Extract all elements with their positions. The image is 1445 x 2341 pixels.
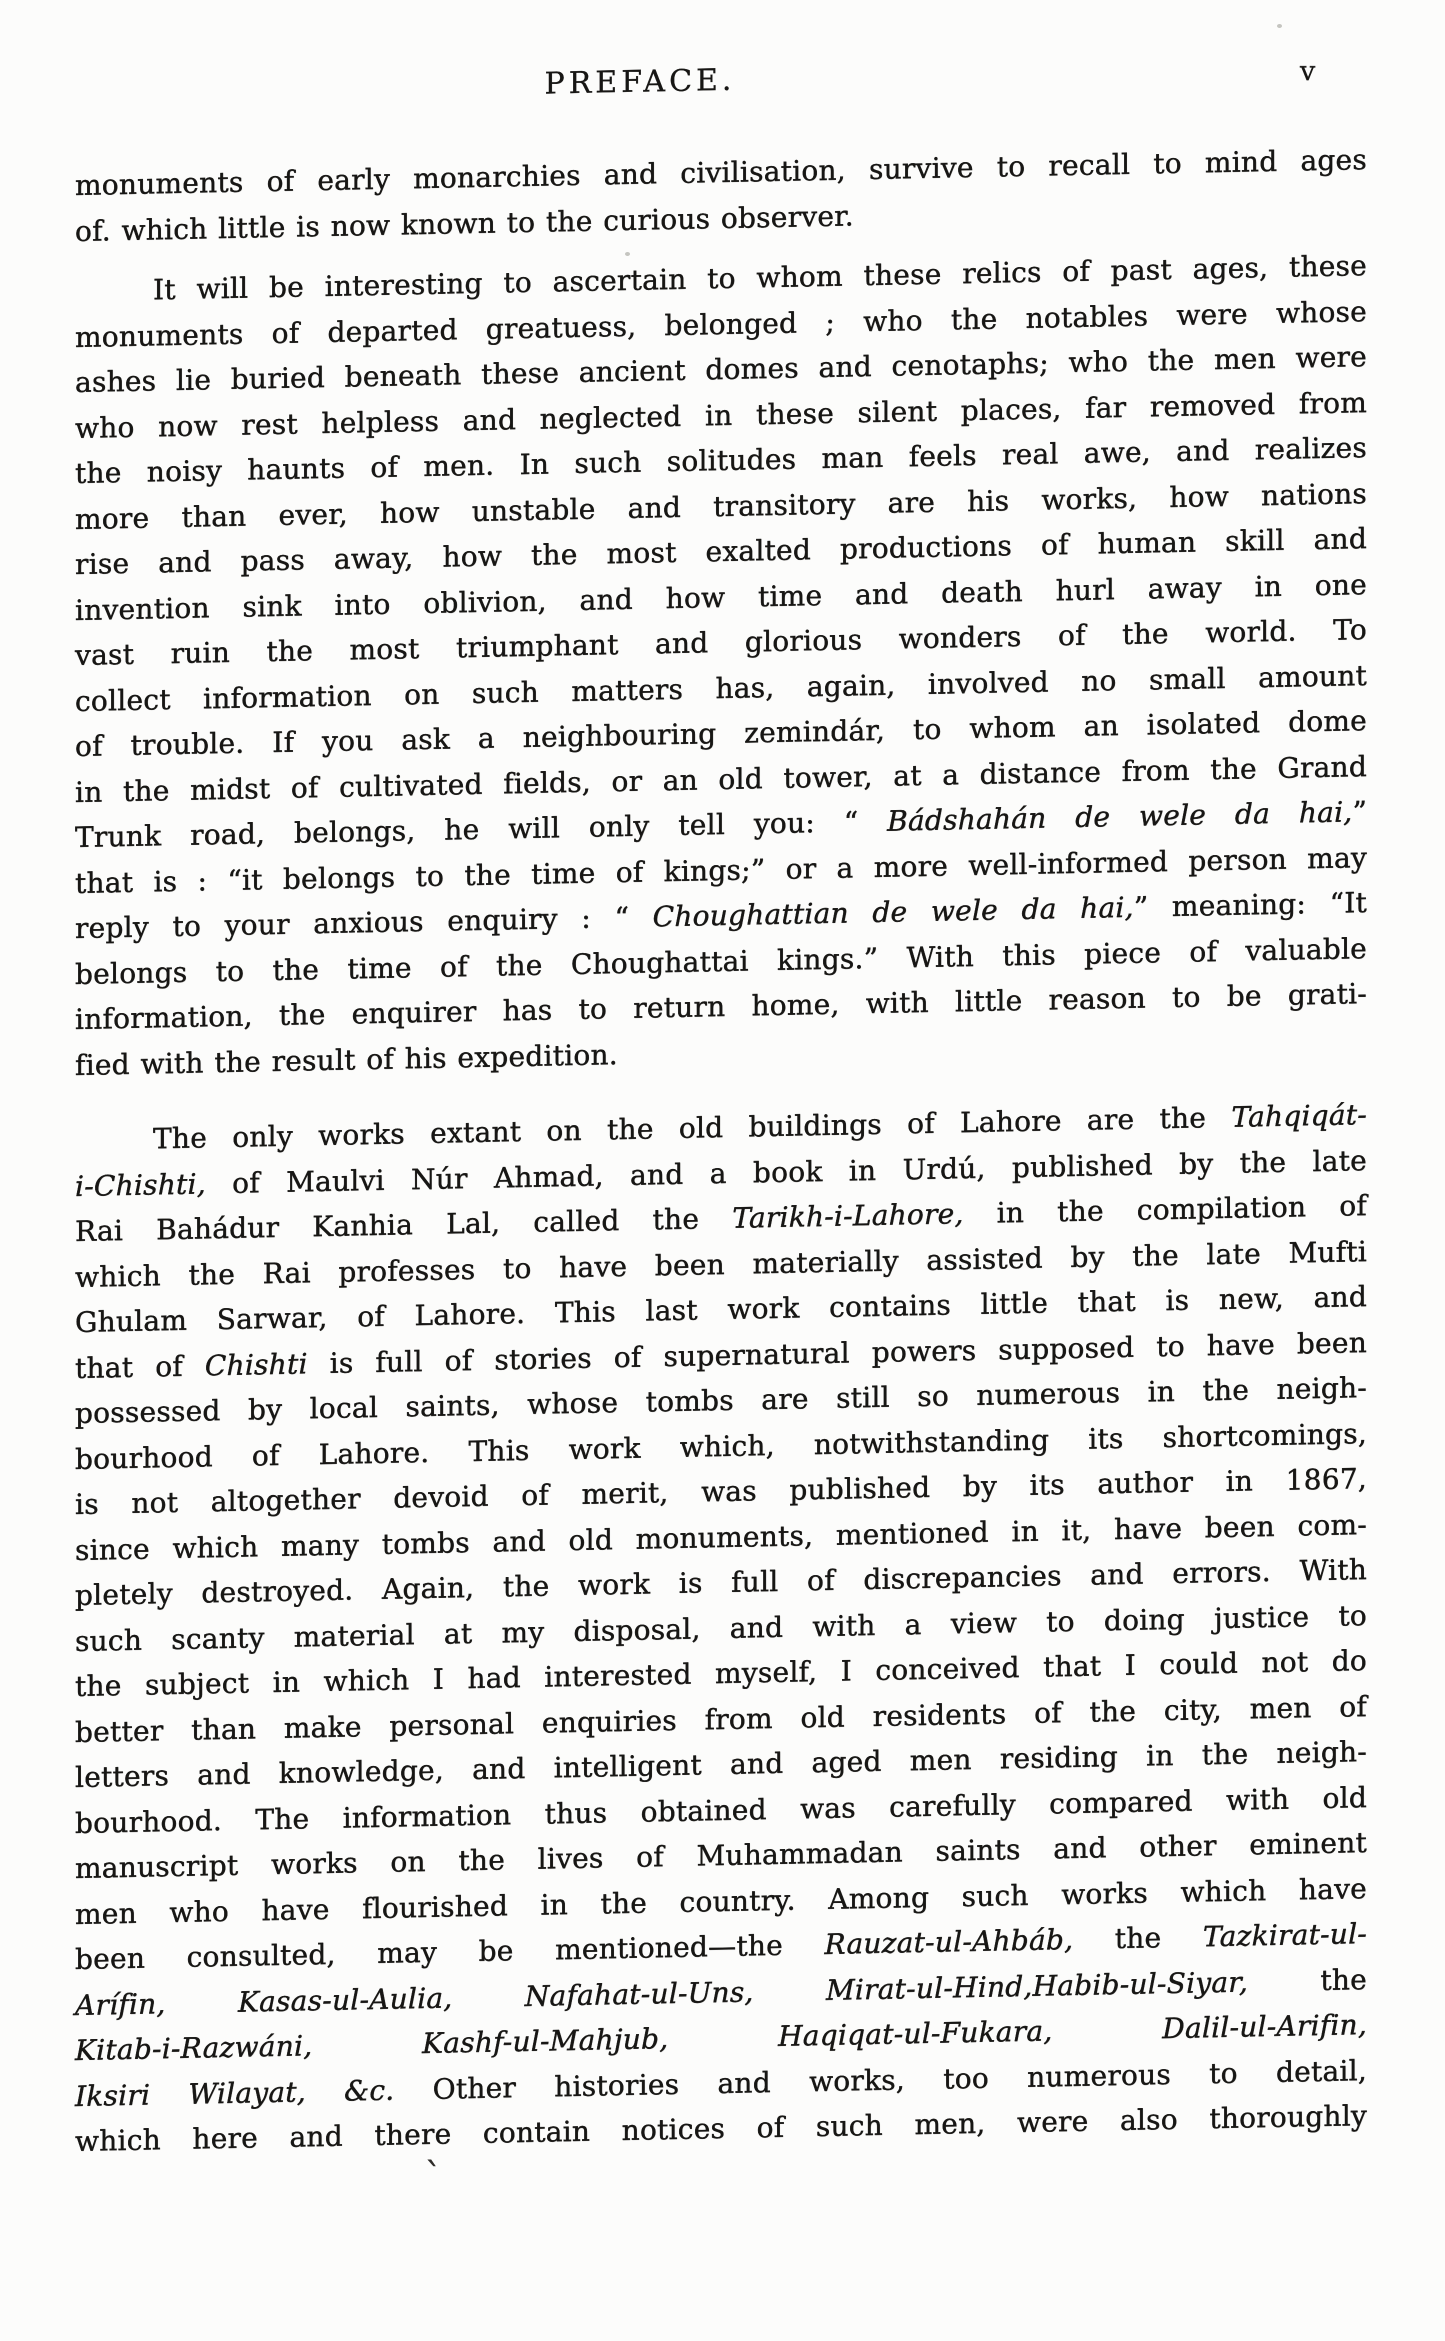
italic-text: Tarikh-i-Lahore, [732, 1197, 963, 1235]
italic-text: i-Chishti, [75, 1167, 206, 1203]
roman-text: ” [1352, 795, 1367, 828]
roman-text: reply to your anxious enquiry : “ [75, 900, 653, 945]
roman-text: been consulted, may be mentioned—the [75, 1928, 824, 1976]
italic-text: Chishti [205, 1347, 308, 1382]
page-body: monuments of early monarchies and civili… [75, 0, 1367, 2164]
scan-artifact [625, 252, 630, 256]
roman-text: the [1248, 1963, 1367, 1998]
italic-text: Iksiri Wilayat, &c. [75, 2073, 394, 2112]
italic-text: Bádshahán de wele da hai, [887, 795, 1352, 837]
scanned-text-block: PREFACE. monuments of early monarchies a… [75, 0, 1367, 2164]
roman-text: that of [75, 1349, 205, 1385]
page: v PREFACE. monuments of early monarchies… [0, 0, 1445, 2341]
roman-text: in the compilation of [964, 1189, 1367, 1230]
italic-text: Choughattian de wele da hai, [653, 891, 1134, 934]
paragraph: It will be interesting to ascertain to w… [75, 243, 1367, 1088]
italic-text: Tahqiqát- [1231, 1098, 1367, 1134]
paragraph: The only works extant on the old buildin… [75, 1092, 1367, 2164]
roman-text: of. which little is now known to the cur… [75, 199, 854, 248]
scan-artifact: ` [425, 2166, 442, 2186]
italic-text: Rauzat-ul-Ahbáb, [824, 1923, 1073, 1961]
roman-text: fied with the result of his expedition. [75, 1038, 618, 1082]
paragraph: monuments of early monarchies and civili… [75, 137, 1367, 254]
roman-text: Rai Bahádur Kanhia Lal, called the [75, 1202, 732, 1248]
roman-text: the [1073, 1920, 1203, 1956]
scan-artifact [1277, 24, 1282, 28]
italic-text: Tazkirat-ul- [1203, 1917, 1367, 1953]
roman-text: ” meaning: “It [1134, 886, 1367, 924]
